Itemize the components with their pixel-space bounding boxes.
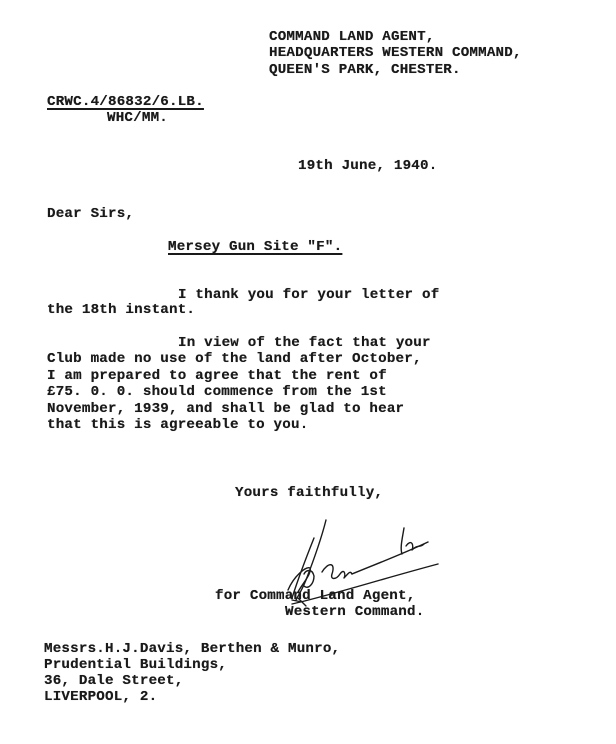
body-line: November, 1939, and shall be glad to hea… [47, 401, 404, 417]
subject-line: Mersey Gun Site "F". [168, 239, 342, 255]
recipient-line-4: LIVERPOOL, 2. [44, 689, 157, 705]
signature-line-2: Western Command. [285, 604, 424, 620]
recipient-line-2: Prudential Buildings, [44, 657, 227, 673]
salutation: Dear Sirs, [47, 206, 134, 222]
sender-line-3: QUEEN'S PARK, CHESTER. [269, 62, 461, 78]
letter-date: 19th June, 1940. [298, 158, 437, 174]
closing: Yours faithfully, [235, 485, 383, 501]
body-line: I am prepared to agree that the rent of [47, 368, 387, 384]
body-line: the 18th instant. [47, 302, 195, 318]
recipient-line-3: 36, Dale Street, [44, 673, 183, 689]
reference-initials: WHC/MM. [107, 110, 168, 126]
body-line: £75. 0. 0. should commence from the 1st [47, 384, 387, 400]
body-line: Club made no use of the land after Octob… [47, 351, 422, 367]
sender-line-2: HEADQUARTERS WESTERN COMMAND, [269, 45, 522, 61]
body-line: that this is agreeable to you. [47, 417, 308, 433]
sender-line-1: COMMAND LAND AGENT, [269, 29, 435, 45]
body-line: In view of the fact that your [178, 335, 431, 351]
body-line: I thank you for your letter of [178, 287, 439, 303]
signature-line-1: for Command Land Agent, [215, 588, 415, 604]
recipient-line-1: Messrs.H.J.Davis, Berthen & Munro, [44, 641, 340, 657]
reference-number: CRWC.4/86832/6.LB. [47, 94, 204, 110]
